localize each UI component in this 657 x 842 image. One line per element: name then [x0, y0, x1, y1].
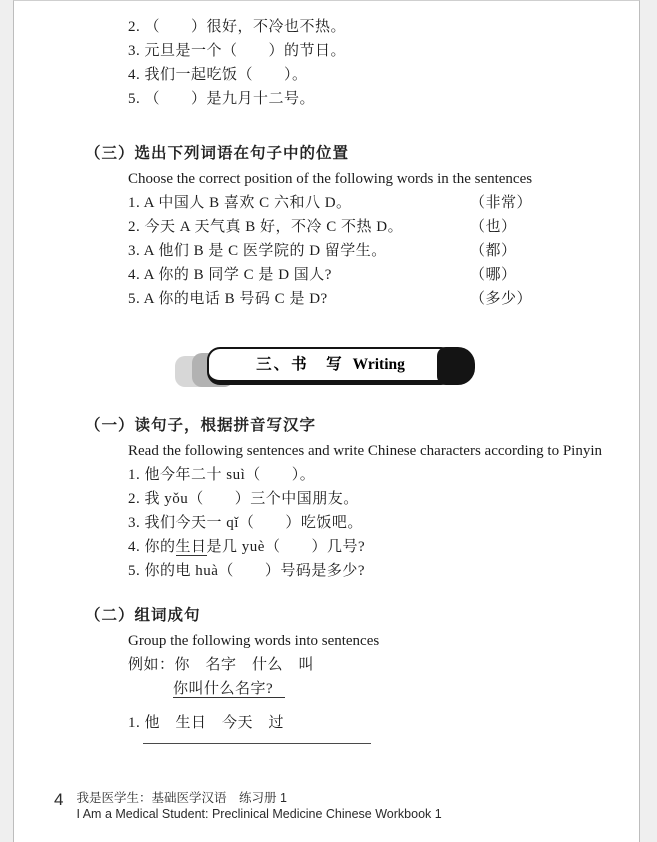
position-item-text: 4. A 你的 B 同学 C 是 D 国人? — [128, 267, 332, 283]
pinyin-item: 5. 你的电 huà（ ）号码是多少? — [128, 559, 639, 583]
section-three-subtitle-en: Choose the correct position of the follo… — [128, 167, 639, 191]
position-item-answer: （非常） — [470, 191, 532, 215]
page-footer: 4 我是医学生：基础医学汉语 练习册 1 I Am a Medical Stud… — [54, 790, 442, 822]
section-two-title: （二）组词成句 — [85, 603, 639, 629]
group-item-1: 1. 他 生日 今天 过 — [128, 711, 639, 735]
section-two-subtitle-en: Group the following words into sentences — [128, 629, 639, 653]
position-item: 5. A 你的电话 B 号码 C 是 D? （多少） — [128, 287, 639, 311]
section-one-items: 1. 他今年二十 suì（ ）。 2. 我 yǒu（ ）三个中国朋友。 3. 我… — [128, 463, 639, 583]
section-one-title: （一）读句子，根据拼音写汉字 — [85, 413, 639, 439]
fill-blank-item: 3. 元旦是一个（ ）的节日。 — [128, 39, 639, 63]
workbook-page: 2. （ ）很好，不冷也不热。 3. 元旦是一个（ ）的节日。 4. 我们一起吃… — [13, 0, 640, 842]
fill-blank-item: 2. （ ）很好，不冷也不热。 — [128, 15, 639, 39]
pinyin-item: 2. 我 yǒu（ ）三个中国朋友。 — [128, 487, 639, 511]
fill-blank-item: 4. 我们一起吃饭（ ）。 — [128, 63, 639, 87]
fill-blank-item: 5. （ ）是九月十二号。 — [128, 87, 639, 111]
position-item-answer: （哪） — [470, 263, 517, 287]
banner-title-en: Writing — [353, 353, 405, 377]
section-three-items: 1. A 中国人 B 喜欢 C 六和八 D。 （非常） 2. 今天 A 天气真 … — [128, 191, 639, 311]
pinyin-item-text: 3. 我们今天一 qǐ（ ）吃饭吧。 — [128, 515, 363, 531]
position-item: 3. A 他们 B 是 C 医学院的 D 留学生。 （都） — [128, 239, 639, 263]
answer-blank-line — [143, 743, 371, 744]
banner-title-zh: 三、书 写 — [256, 353, 344, 377]
position-item-text: 3. A 他们 B 是 C 医学院的 D 留学生。 — [128, 243, 387, 259]
position-item: 4. A 你的 B 同学 C 是 D 国人? （哪） — [128, 263, 639, 287]
pinyin-item-underlined: 生日 — [176, 539, 207, 556]
pinyin-item-text: 5. 你的电 huà（ ）号码是多少? — [128, 563, 365, 579]
page-content: 2. （ ）很好，不冷也不热。 3. 元旦是一个（ ）的节日。 4. 我们一起吃… — [14, 1, 639, 744]
section-two-example: 例如：你 名字 什么 叫 你叫什么名字? — [128, 653, 639, 701]
position-item: 1. A 中国人 B 喜欢 C 六和八 D。 （非常） — [128, 191, 639, 215]
pinyin-item-text: 2. 我 yǒu（ ）三个中国朋友。 — [128, 491, 359, 507]
example-label: 例如： — [128, 657, 175, 673]
pinyin-item-text: 是几 yuè（ ）几号? — [207, 539, 366, 555]
pinyin-item-text: 4. 你的 — [128, 539, 176, 555]
position-item-text: 5. A 你的电话 B 号码 C 是 D? — [128, 291, 328, 307]
banner-end-cap — [437, 347, 475, 385]
banner-label-pill: 三、书 写 Writing — [207, 347, 454, 385]
footer-title-en: I Am a Medical Student: Preclinical Medi… — [76, 806, 441, 822]
position-item-answer: （都） — [470, 239, 517, 263]
section-one-subtitle-en: Read the following sentences and write C… — [128, 439, 639, 463]
pinyin-item: 1. 他今年二十 suì（ ）。 — [128, 463, 639, 487]
pinyin-item: 3. 我们今天一 qǐ（ ）吃饭吧。 — [128, 511, 639, 535]
example-answer-text: 你叫什么名字? — [173, 681, 285, 698]
fill-blank-items: 2. （ ）很好，不冷也不热。 3. 元旦是一个（ ）的节日。 4. 我们一起吃… — [128, 15, 639, 111]
example-words: 你 名字 什么 叫 — [175, 657, 315, 673]
pinyin-item: 4. 你的生日是几 yuè（ ）几号? — [128, 535, 639, 559]
position-item-text: 1. A 中国人 B 喜欢 C 六和八 D。 — [128, 195, 352, 211]
pinyin-item-text: 1. 他今年二十 suì（ ）。 — [128, 467, 315, 483]
position-item-answer: （也） — [470, 215, 517, 239]
position-item-text: 2. 今天 A 天气真 B 好，不冷 C 不热 D。 — [128, 219, 403, 235]
page-number: 4 — [54, 791, 63, 809]
section-three-title: （三）选出下列词语在句子中的位置 — [85, 141, 639, 167]
position-item: 2. 今天 A 天气真 B 好，不冷 C 不热 D。 （也） — [128, 215, 639, 239]
footer-titles: 我是医学生：基础医学汉语 练习册 1 I Am a Medical Studen… — [76, 790, 441, 822]
position-item-answer: （多少） — [470, 287, 532, 311]
footer-title-zh: 我是医学生：基础医学汉语 练习册 1 — [76, 790, 441, 806]
writing-section-banner: 三、书 写 Writing — [175, 347, 475, 387]
example-answer-line: 你叫什么名字? — [173, 677, 639, 701]
example-words-line: 例如：你 名字 什么 叫 — [128, 653, 639, 677]
